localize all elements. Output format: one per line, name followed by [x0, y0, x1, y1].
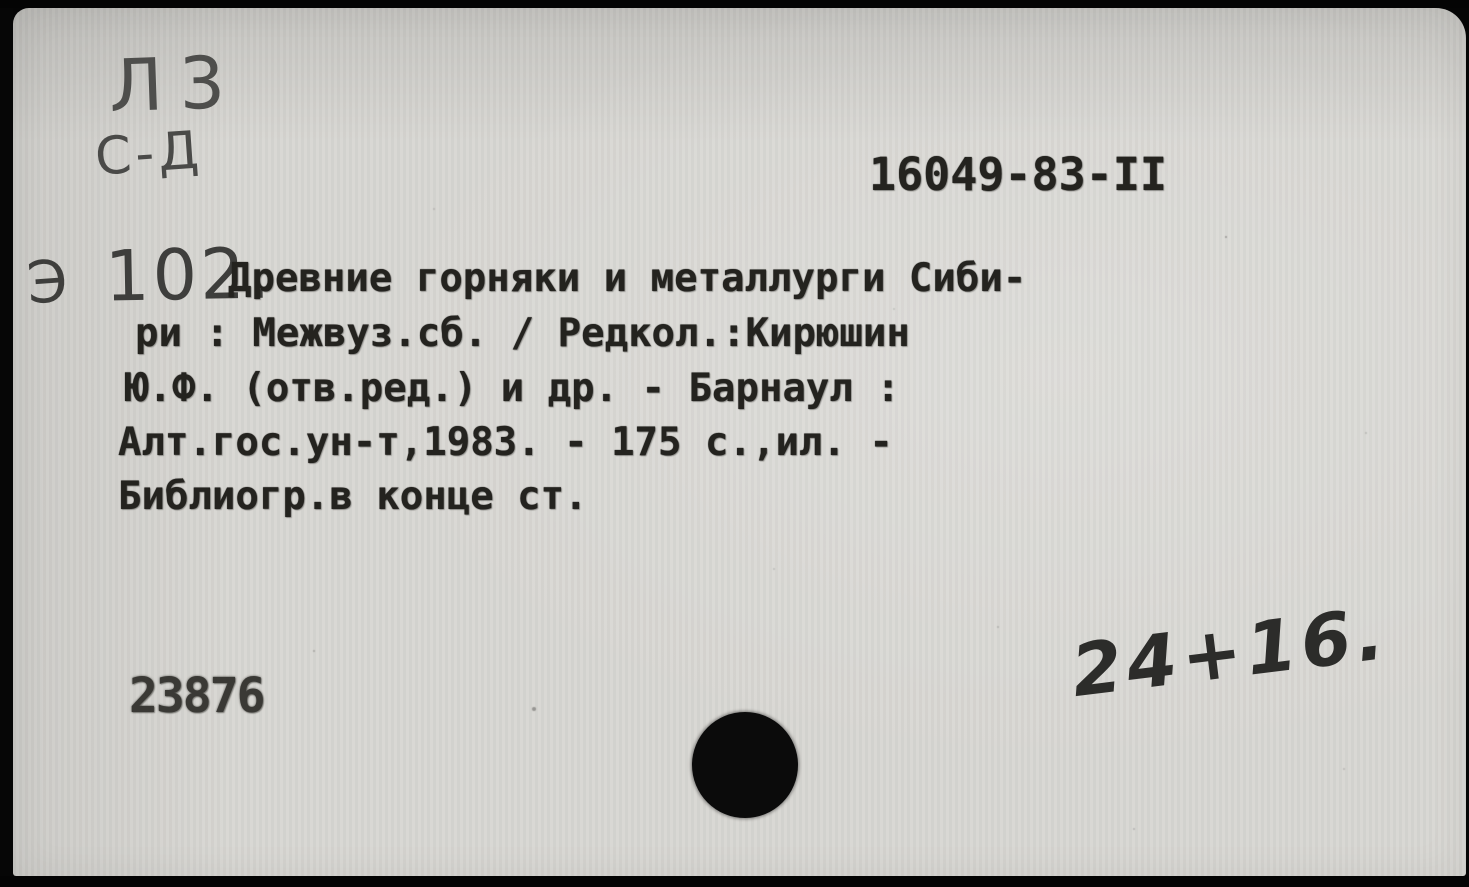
- accession-number-stamp: 23876: [129, 668, 264, 724]
- biblio-line-3: Ю.Ф. (отв.ред.) и др. - Барнаул :: [125, 366, 900, 411]
- scanned-catalog-card-page: Л3 С-Д 16049-83-II Э 102. Древние горняк…: [0, 0, 1469, 887]
- biblio-line-4: Алт.гос.ун-т,1983. - 175 с.,ил. -: [118, 420, 893, 465]
- price-handwritten: 24+16.: [1067, 591, 1393, 713]
- biblio-line-2: ри : Межвуз.сб. / Редкол.:Кирюшин: [135, 311, 910, 356]
- catalog-card: Л3 С-Д 16049-83-II Э 102. Древние горняк…: [13, 8, 1466, 876]
- scan-edge-bottom: [0, 876, 1469, 887]
- biblio-line-1: Древние горняки и металлурги Сиби-: [228, 256, 1026, 301]
- series-number-typed: 16049-83-II: [869, 148, 1167, 201]
- scan-noise-speckles: [13, 8, 15, 10]
- hole-punch-dot: [692, 712, 798, 818]
- index-letter-handwritten: Э: [25, 247, 70, 318]
- biblio-line-5: Библиогр.в конце ст.: [118, 474, 588, 519]
- scan-edge-left: [0, 0, 13, 887]
- shelf-code-handwritten: Л3: [108, 40, 243, 129]
- scan-edge-top: [0, 0, 1469, 8]
- range-code-handwritten: С-Д: [93, 120, 205, 187]
